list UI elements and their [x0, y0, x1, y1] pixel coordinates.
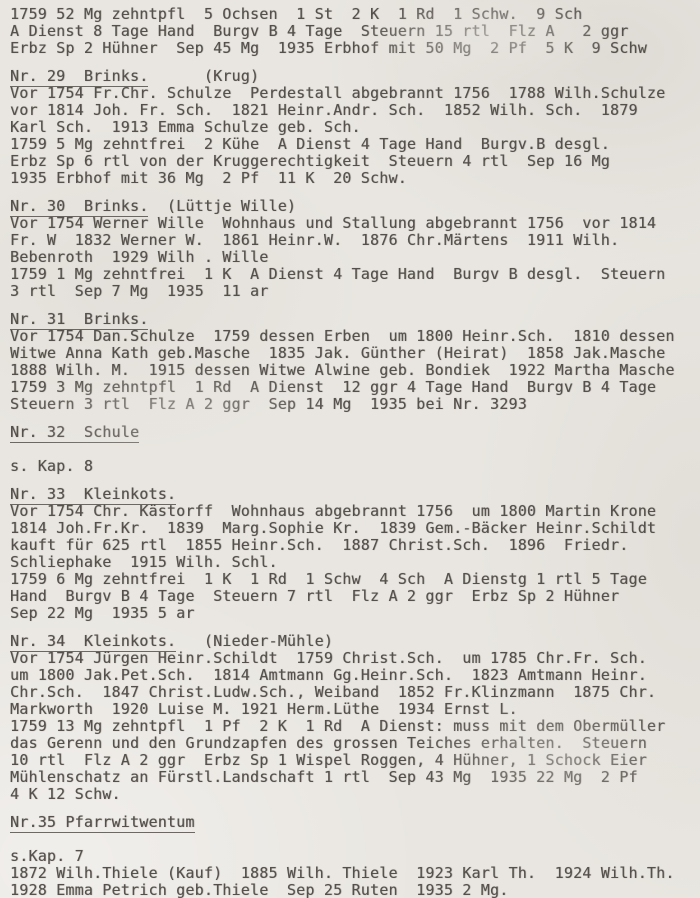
body-line: 1759 13 Mg zehntpfl 1 Pf 2 K 1 Rd A Dien…: [10, 718, 694, 735]
body-line: 4 K 12 Schw.: [10, 786, 694, 803]
intro-line: A Dienst 8 Tage Hand Burgv B 4 Tage Steu…: [10, 23, 694, 40]
body-line: s. Kap. 8: [10, 458, 694, 475]
body-line: 1872 Wilh.Thiele (Kauf) 1885 Wilh. Thiel…: [10, 865, 694, 882]
body-line: um 1800 Jak.Pet.Sch. 1814 Amtmann Gg.Hei…: [10, 667, 694, 684]
body-line: Karl Sch. 1913 Emma Schulze geb. Sch.: [10, 119, 694, 136]
body-line: Mühlenschatz an Fürstl.Landschaft 1 rtl …: [10, 769, 694, 786]
section-heading: Nr. 29 Brinks. (Krug): [10, 68, 694, 85]
section-title: Nr. 32 Schule: [10, 423, 139, 443]
sections-block: Nr. 29 Brinks. (Krug)Vor 1754 Fr.Chr. Sc…: [10, 68, 694, 898]
body-line: 1759 1 Mg zehntfrei 1 K A Dienst 4 Tage …: [10, 266, 694, 283]
section-heading: Nr. 33 Kleinkots.: [10, 486, 694, 503]
body-line: 10 rtl Flz A 2 ggr Erbz Sp 1 Wispel Rogg…: [10, 752, 694, 769]
intro-line: 1759 52 Mg zehntpfl 5 Ochsen 1 St 2 K 1 …: [10, 6, 694, 23]
body-line: s.Kap. 7: [10, 848, 694, 865]
body-line: [10, 441, 694, 458]
section-body: Vor 1754 Werner Wille Wohnhaus und Stall…: [10, 215, 694, 300]
body-line: Bebenroth 1929 Wilh . Wille: [10, 249, 694, 266]
body-line: Witwe Anna Kath geb.Masche 1835 Jak. Gün…: [10, 345, 694, 362]
body-line: Vor 1754 Chr. Kästorff Wohnhaus abgebran…: [10, 503, 694, 520]
section-body: s.Kap. 71872 Wilh.Thiele (Kauf) 1885 Wil…: [10, 831, 694, 898]
body-line: Hand Burgv B 4 Tage Steuern 7 rtl Flz A …: [10, 588, 694, 605]
section: Nr. 32 Schule s. Kap. 8: [10, 424, 694, 475]
section-body: Vor 1754 Jürgen Heinr.Schildt 1759 Chris…: [10, 650, 694, 803]
document-page: 1759 52 Mg zehntpfl 5 Ochsen 1 St 2 K 1 …: [0, 0, 700, 898]
body-line: Schliephake 1915 Wilh. Schl.: [10, 554, 694, 571]
section: Nr. 29 Brinks. (Krug)Vor 1754 Fr.Chr. Sc…: [10, 68, 694, 187]
section-body: Vor 1754 Fr.Chr. Schulze Perdestall abge…: [10, 85, 694, 187]
intro-block: 1759 52 Mg zehntpfl 5 Ochsen 1 St 2 K 1 …: [10, 6, 694, 57]
section-heading: Nr. 30 Brinks. (Lüttje Wille): [10, 198, 694, 215]
body-line: [10, 831, 694, 848]
body-line: Markworth 1920 Luise M. 1921 Herm.Lüthe …: [10, 701, 694, 718]
body-line: Erbz Sp 6 rtl von der Kruggerechtigkeit …: [10, 153, 694, 170]
body-line: 3 rtl Sep 7 Mg 1935 11 ar: [10, 283, 694, 300]
body-line: Chr.Sch. 1847 Christ.Ludw.Sch., Weiband …: [10, 684, 694, 701]
body-line: 1759 6 Mg zehntfrei 1 K 1 Rd 1 Schw 4 Sc…: [10, 571, 694, 588]
section-body: s. Kap. 8: [10, 441, 694, 475]
body-line: Sep 22 Mg 1935 5 ar: [10, 605, 694, 622]
body-line: Steuern 3 rtl Flz A 2 ggr Sep 14 Mg 1935…: [10, 396, 694, 413]
body-line: vor 1814 Joh. Fr. Sch. 1821 Heinr.Andr. …: [10, 102, 694, 119]
section: Nr. 34 Kleinkots. (Nieder-Mühle)Vor 1754…: [10, 633, 694, 803]
body-line: 1759 3 Mg zehntpfl 1 Rd A Dienst 12 ggr …: [10, 379, 694, 396]
section: Nr. 30 Brinks. (Lüttje Wille)Vor 1754 We…: [10, 198, 694, 300]
body-line: Vor 1754 Fr.Chr. Schulze Perdestall abge…: [10, 85, 694, 102]
section-subtitle: (Lüttje Wille): [148, 197, 296, 215]
section-body: Vor 1754 Dan.Schulze 1759 dessen Erben u…: [10, 328, 694, 413]
body-line: 1814 Joh.Fr.Kr. 1839 Marg.Sophie Kr. 183…: [10, 520, 694, 537]
body-line: Vor 1754 Dan.Schulze 1759 dessen Erben u…: [10, 328, 694, 345]
body-line: 1928 Emma Petrich geb.Thiele Sep 25 Rute…: [10, 882, 694, 898]
intro-line: Erbz Sp 2 Hühner Sep 45 Mg 1935 Erbhof m…: [10, 40, 694, 57]
body-line: 1888 Wilh. M. 1915 dessen Witwe Alwine g…: [10, 362, 694, 379]
section-subtitle: (Krug): [148, 67, 259, 85]
section: Nr. 33 Kleinkots.Vor 1754 Chr. Kästorff …: [10, 486, 694, 622]
body-line: Fr. W 1832 Werner W. 1861 Heinr.W. 1876 …: [10, 232, 694, 249]
section-subtitle: (Nieder-Mühle): [176, 632, 333, 650]
section-heading: Nr.35 Pfarrwitwentum: [10, 814, 694, 831]
section-heading: Nr. 31 Brinks.: [10, 311, 694, 328]
body-line: Vor 1754 Jürgen Heinr.Schildt 1759 Chris…: [10, 650, 694, 667]
section-body: Vor 1754 Chr. Kästorff Wohnhaus abgebran…: [10, 503, 694, 622]
section-heading: Nr. 34 Kleinkots. (Nieder-Mühle): [10, 633, 694, 650]
section-title: Nr.35 Pfarrwitwentum: [10, 813, 195, 833]
section: Nr.35 Pfarrwitwentum s.Kap. 71872 Wilh.T…: [10, 814, 694, 898]
section: Nr. 31 Brinks.Vor 1754 Dan.Schulze 1759 …: [10, 311, 694, 413]
body-line: 1935 Erbhof mit 36 Mg 2 Pf 11 K 20 Schw.: [10, 170, 694, 187]
body-line: kauft für 625 rtl 1855 Heinr.Sch. 1887 C…: [10, 537, 694, 554]
section-heading: Nr. 32 Schule: [10, 424, 694, 441]
body-line: Vor 1754 Werner Wille Wohnhaus und Stall…: [10, 215, 694, 232]
body-line: das Gerenn und den Grundzapfen des gross…: [10, 735, 694, 752]
body-line: 1759 5 Mg zehntfrei 2 Kühe A Dienst 4 Ta…: [10, 136, 694, 153]
